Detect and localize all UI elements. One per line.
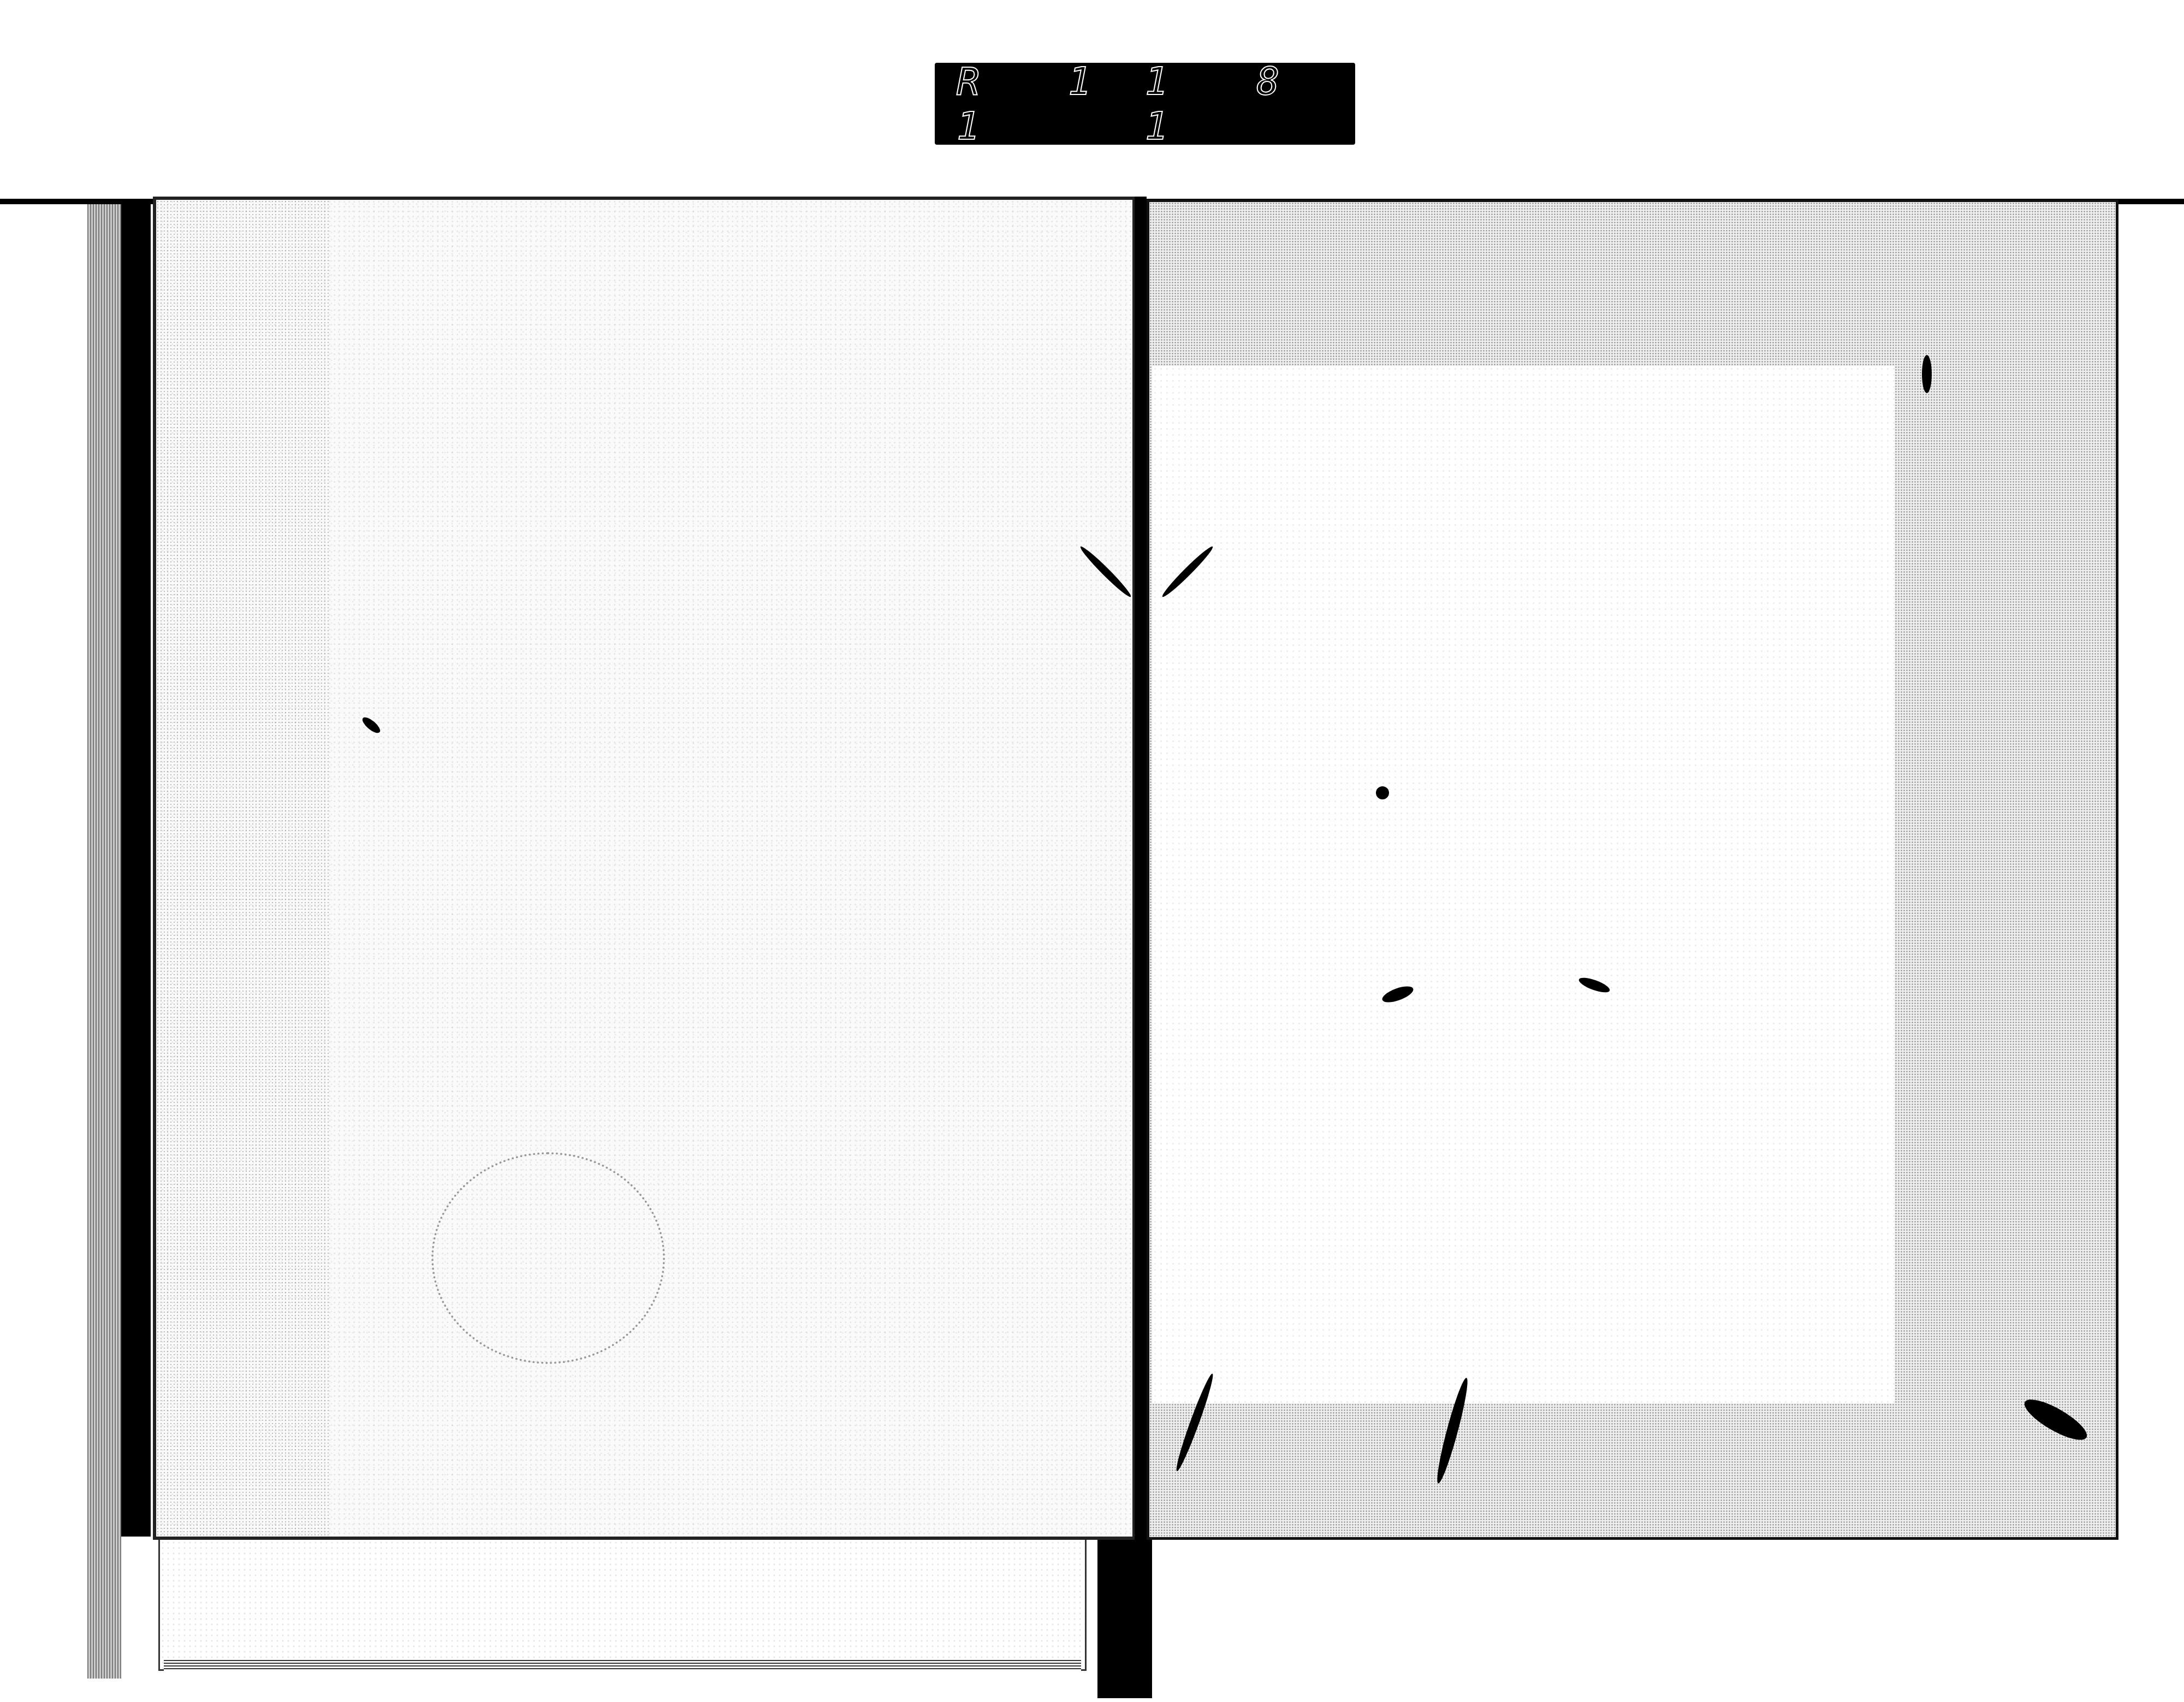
right-page-center [1152,366,1895,1403]
faded-stamp [431,1152,665,1364]
ink-blot [1922,355,1932,393]
book-cover-edge [121,199,151,1537]
shelfmark-right: 1 8 1 [1145,59,1333,149]
book-edge-shadow [87,204,121,1679]
ink-blot [1376,786,1389,799]
left-page [153,197,1136,1540]
shelfmark-left: R 1 1 [957,59,1145,149]
book-gutter [1135,197,1147,1540]
page-stack-bottom [158,1540,1087,1671]
page-edges [164,1660,1081,1671]
shelfmark-label: R 1 1 1 8 1 [935,63,1355,145]
gutter-bottom [1097,1540,1152,1698]
